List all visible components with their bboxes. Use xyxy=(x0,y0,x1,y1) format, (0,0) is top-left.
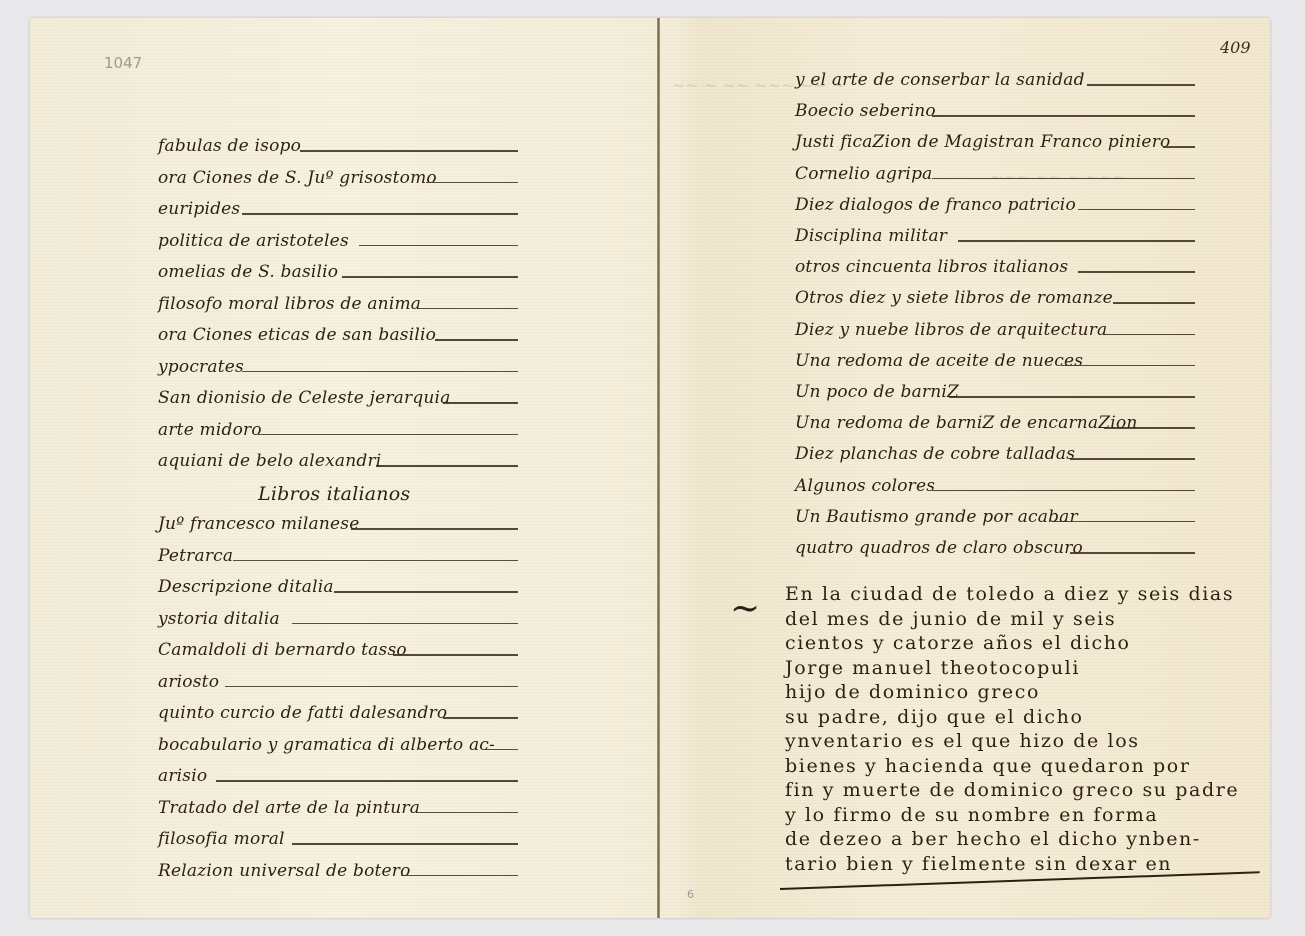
inventory-line: fabulas de isopo xyxy=(158,136,301,156)
line-filler-rule xyxy=(233,560,518,562)
pencil-number: 1047 xyxy=(104,54,142,72)
inventory-line: y lo firmo de su nombre en forma xyxy=(785,804,1158,826)
line-filler-rule xyxy=(359,245,518,247)
inventory-line: Juº francesco milanese xyxy=(158,514,359,534)
line-filler-rule xyxy=(393,654,518,656)
inventory-line: Un poco de barniZ xyxy=(795,382,959,402)
inventory-line: aquiani de belo alexandri xyxy=(158,451,381,471)
inventory-line: Justi ficaZion de Magistran Franco pinie… xyxy=(795,132,1170,152)
line-filler-rule xyxy=(401,875,518,877)
inventory-line: Una redoma de barniZ de encarnaZion xyxy=(795,413,1138,433)
line-filler-rule xyxy=(1061,365,1195,367)
line-filler-rule xyxy=(292,623,518,625)
inventory-line: tario bien y fielmente sin dexar en xyxy=(785,853,1172,875)
inventory-line: Descripzione ditalia xyxy=(158,577,334,597)
line-filler-rule xyxy=(443,402,518,404)
inventory-line: euripides xyxy=(158,199,240,219)
inventory-line: Tratado del arte de la pintura xyxy=(158,798,420,818)
line-filler-rule xyxy=(342,276,518,278)
inventory-line: En la ciudad de toledo a diez y seis dia… xyxy=(785,583,1234,605)
line-filler-rule xyxy=(351,528,518,530)
inventory-line: arisio xyxy=(158,766,207,786)
inventory-line: de dezeo a ber hecho el dicho ynben- xyxy=(785,828,1201,850)
line-filler-rule xyxy=(949,396,1195,398)
inventory-line: Camaldoli di bernardo tasso xyxy=(158,640,407,660)
inventory-line: filosofo moral libros de anima xyxy=(158,294,421,314)
inventory-line: del mes de junio de mil y seis xyxy=(785,608,1116,630)
right-page: 409 ~~ ~ ~~ ~~~ ~~ ~ ~~~ ~~ ~ ~~~ y el a… xyxy=(660,18,1270,918)
inventory-line: politica de aristoteles xyxy=(158,231,349,251)
inventory-line: hijo de dominico greco xyxy=(785,681,1040,703)
line-filler-rule xyxy=(242,371,518,373)
inventory-line: quatro quadros de claro obscuro xyxy=(795,538,1083,558)
inventory-line: Cornelio agripa xyxy=(795,164,933,184)
inventory-line: Jorge manuel theotocopuli xyxy=(785,657,1080,679)
manuscript-sheet: 1047 fabulas de isopoora Ciones de S. Ju… xyxy=(30,18,1270,918)
inventory-line: Petrarca xyxy=(158,546,233,566)
line-filler-rule xyxy=(418,308,518,310)
inventory-line: ypocrates xyxy=(158,357,244,377)
line-filler-rule xyxy=(435,339,518,341)
inventory-line: Disciplina militar xyxy=(795,226,947,246)
inventory-line: ora Ciones de S. Juº grisostomo xyxy=(158,168,437,188)
line-filler-rule xyxy=(1163,146,1195,148)
folio-number: 409 xyxy=(1220,38,1251,57)
line-filler-rule xyxy=(932,178,1195,180)
section-heading: Libros italianos xyxy=(258,483,410,505)
line-filler-rule xyxy=(1113,302,1195,304)
line-filler-rule xyxy=(443,717,518,719)
line-filler-rule xyxy=(1078,271,1195,273)
line-filler-rule xyxy=(485,749,518,751)
line-filler-rule xyxy=(418,812,518,814)
inventory-line: Relazion universal de botero xyxy=(158,861,411,881)
line-filler-rule xyxy=(1104,334,1195,336)
inventory-line: fin y muerte de dominico greco su padre xyxy=(785,779,1239,801)
inventory-line: ynventario es el que hizo de los xyxy=(785,730,1140,752)
line-filler-rule xyxy=(376,465,518,467)
inventory-line: San dionisio de Celeste jerarquia xyxy=(158,388,451,408)
line-filler-rule xyxy=(1070,458,1195,460)
inventory-line: bienes y hacienda que quedaron por xyxy=(785,755,1191,777)
inventory-line: bocabulario y gramatica di alberto ac- xyxy=(158,735,495,755)
inventory-line: Algunos colores xyxy=(795,476,935,496)
line-filler-rule xyxy=(1052,521,1195,523)
inventory-line: quinto curcio de fatti dalesandro xyxy=(158,703,447,723)
inventory-line: Otros diez y siete libros de romanze xyxy=(795,288,1113,308)
inventory-line: otros cincuenta libros italianos xyxy=(795,257,1068,277)
line-filler-rule xyxy=(242,213,518,215)
line-filler-rule xyxy=(216,780,518,782)
line-filler-rule xyxy=(1087,84,1195,86)
inventory-line: cientos y catorze años el dicho xyxy=(785,632,1131,654)
line-filler-rule xyxy=(292,843,518,845)
left-page: 1047 fabulas de isopoora Ciones de S. Ju… xyxy=(30,18,657,918)
inventory-line: omelias de S. basilio xyxy=(158,262,338,282)
inventory-line: ora Ciones eticas de san basilio xyxy=(158,325,436,345)
line-filler-rule xyxy=(225,686,518,688)
line-filler-rule xyxy=(1070,552,1195,554)
inventory-line: ystoria ditalia xyxy=(158,609,280,629)
inventory-line: arte midoro xyxy=(158,420,262,440)
line-filler-rule xyxy=(258,434,518,436)
inventory-line: ariosto xyxy=(158,672,219,692)
inventory-line: Diez dialogos de franco patricio xyxy=(795,195,1076,215)
inventory-line: Una redoma de aceite de nueces xyxy=(795,351,1083,371)
line-filler-rule xyxy=(334,591,518,593)
inventory-line: su padre, dijo que el dicho xyxy=(785,706,1084,728)
line-filler-rule xyxy=(932,490,1195,492)
line-filler-rule xyxy=(958,240,1195,242)
inventory-line: filosofia moral xyxy=(158,829,285,849)
inventory-line: Diez planchas de cobre talladas xyxy=(795,444,1075,464)
line-filler-rule xyxy=(300,150,518,152)
margin-tilde-mark: ~ xyxy=(730,588,760,629)
line-filler-rule xyxy=(932,115,1195,117)
inventory-line: Diez y nuebe libros de arquitectura xyxy=(795,320,1107,340)
line-filler-rule xyxy=(426,182,518,184)
inventory-line: Boecio seberino xyxy=(795,101,936,121)
inventory-line: Un Bautismo grande por acabar xyxy=(795,507,1078,527)
line-filler-rule xyxy=(1078,209,1195,211)
line-filler-rule xyxy=(1104,427,1195,429)
inventory-line: y el arte de conserbar la sanidad xyxy=(795,70,1085,90)
